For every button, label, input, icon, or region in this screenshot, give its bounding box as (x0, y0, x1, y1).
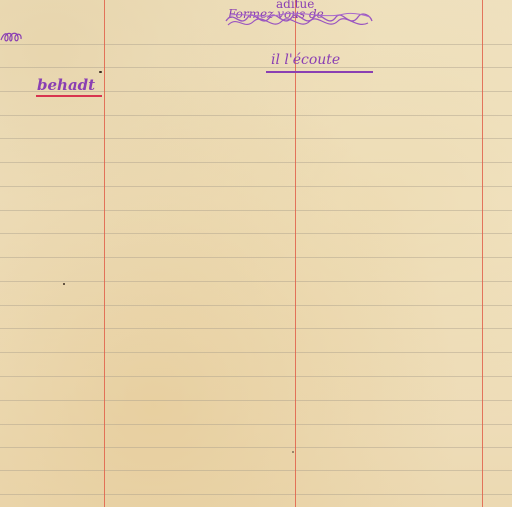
horizontal-rule (0, 447, 512, 448)
horizontal-rule (0, 328, 512, 329)
ink-dot (99, 71, 102, 73)
vertical-margin-line (104, 0, 105, 507)
center-phrase: il l'écoute (271, 52, 340, 68)
horizontal-rule (0, 257, 512, 258)
ink-speck (63, 283, 65, 285)
horizontal-rule (0, 470, 512, 471)
ink-speck (292, 451, 294, 453)
horizontal-rule (0, 281, 512, 282)
crossed-out-text: Formez vous de (224, 5, 374, 31)
horizontal-rule (0, 400, 512, 401)
horizontal-rule (0, 44, 512, 45)
horizontal-rule (0, 494, 512, 495)
horizontal-rule (0, 162, 512, 163)
ledger-page: behadt aditue Formez vous de il l'écoute (0, 0, 512, 507)
vertical-margin-line (482, 0, 483, 507)
top-left-scribble (0, 30, 24, 46)
horizontal-rule (0, 138, 512, 139)
left-column-word: behadt (37, 76, 95, 94)
horizontal-rule (0, 424, 512, 425)
horizontal-rule (0, 115, 512, 116)
horizontal-rule (0, 210, 512, 211)
horizontal-rule (0, 186, 512, 187)
horizontal-rule (0, 233, 512, 234)
horizontal-rule (0, 352, 512, 353)
horizontal-rule (0, 305, 512, 306)
center-phrase-underline (266, 71, 373, 73)
horizontal-rule (0, 376, 512, 377)
left-word-underline (36, 95, 102, 97)
vertical-margin-line (295, 0, 296, 507)
horizontal-rule (0, 67, 512, 68)
